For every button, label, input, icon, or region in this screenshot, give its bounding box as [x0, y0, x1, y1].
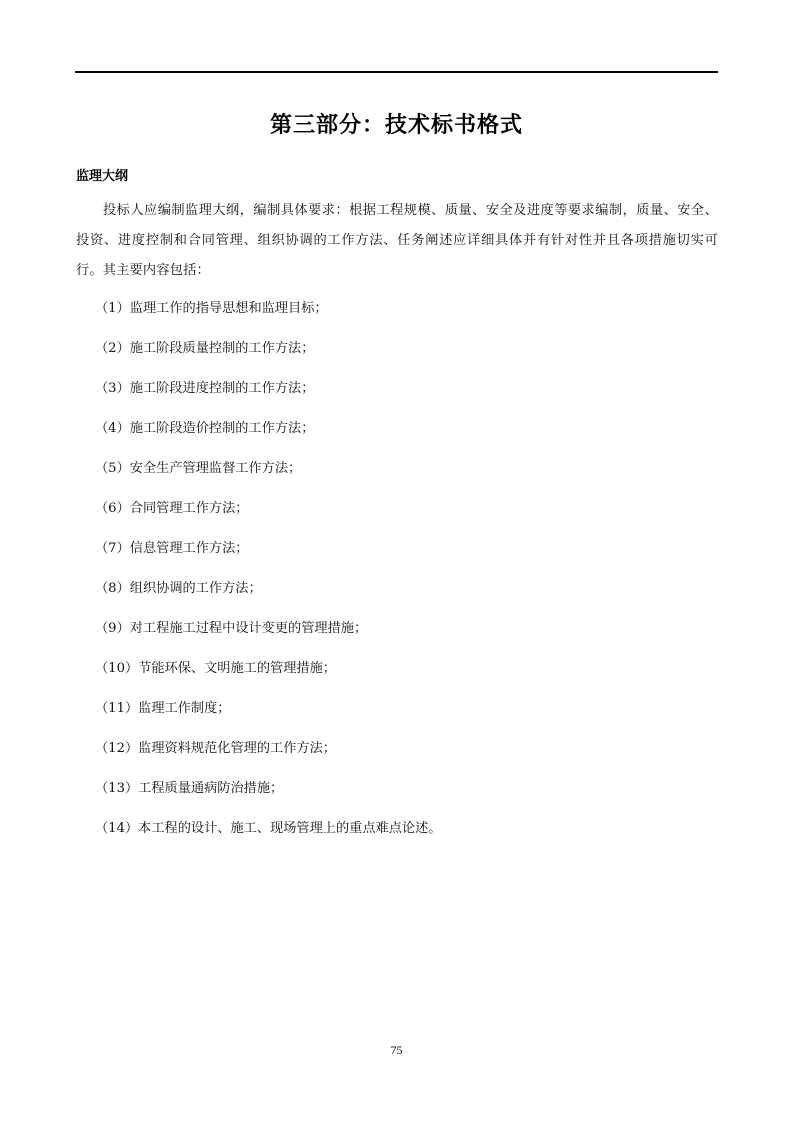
list-item: （9）对工程施工过程中设计变更的管理措施；: [95, 619, 441, 659]
content-list: （1）监理工作的指导思想和监理目标； （2）施工阶段质量控制的工作方法； （3）…: [95, 299, 441, 859]
intro-paragraph: 投标人应编制监理大纲，编制具体要求：根据工程规模、质量、安全及进度等要求编制，质…: [76, 196, 718, 286]
list-item: （13）工程质量通病防治措施；: [95, 779, 441, 819]
list-item: （10）节能环保、文明施工的管理措施；: [95, 659, 441, 699]
page-number: 75: [0, 1043, 793, 1058]
list-item: （5）安全生产管理监督工作方法；: [95, 459, 441, 499]
list-item: （3）施工阶段进度控制的工作方法；: [95, 379, 441, 419]
list-item: （6）合同管理工作方法；: [95, 499, 441, 539]
page-title: 第三部分：技术标书格式: [0, 108, 793, 139]
list-item: （12）监理资料规范化管理的工作方法；: [95, 739, 441, 779]
list-item: （2）施工阶段质量控制的工作方法；: [95, 339, 441, 379]
section-heading: 监理大纲: [76, 165, 128, 184]
list-item: （14）本工程的设计、施工、现场管理上的重点难点论述。: [95, 819, 441, 859]
list-item: （1）监理工作的指导思想和监理目标；: [95, 299, 441, 339]
list-item: （8）组织协调的工作方法；: [95, 579, 441, 619]
header-rule: [75, 71, 718, 73]
list-item: （4）施工阶段造价控制的工作方法；: [95, 419, 441, 459]
list-item: （11）监理工作制度；: [95, 699, 441, 739]
list-item: （7）信息管理工作方法；: [95, 539, 441, 579]
